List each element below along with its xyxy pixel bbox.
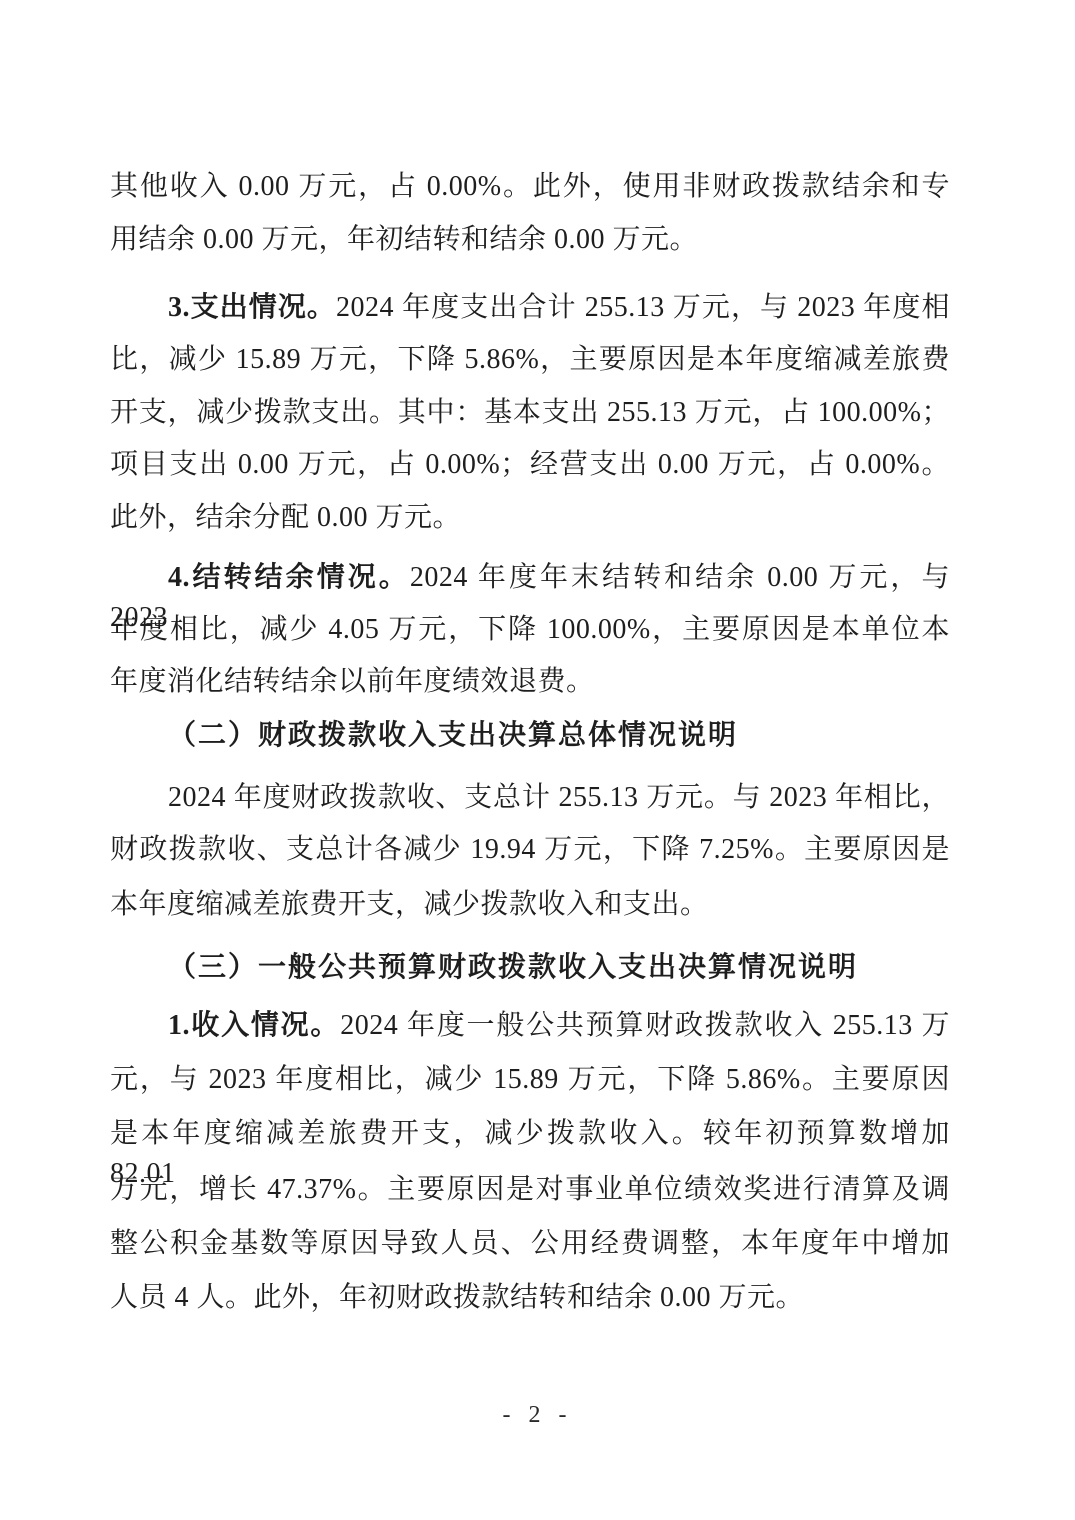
body-line: 项目支出 0.00 万元，占 0.00%；经营支出 0.00 万元，占 0.00… [110, 445, 950, 485]
paragraph-lead: 1.收入情况。 [168, 1010, 340, 1041]
body-line: 比，减少 15.89 万元，下降 5.86%，主要原因是本年度缩减差旅费 [110, 340, 950, 380]
body-line: 其他收入 0.00 万元，占 0.00%。此外，使用非财政拨款结余和专 [110, 167, 950, 207]
page-number: - 2 - [0, 1402, 1075, 1428]
body-line: 元，与 2023 年度相比，减少 15.89 万元，下降 5.86%。主要原因 [110, 1060, 950, 1100]
body-line: 开支，减少拨款支出。其中：基本支出 255.13 万元，占 100.00%； [110, 393, 950, 433]
section-heading-2: （二）财政拨款收入支出决算总体情况说明 [110, 716, 950, 756]
body-line: 此外，结余分配 0.00 万元。 [110, 498, 950, 538]
body-line: 3.支出情况。2024 年度支出合计 255.13 万元，与 2023 年度相 [110, 288, 950, 328]
paragraph-lead: 4.结转结余情况。 [168, 562, 410, 593]
section-heading-3: （三）一般公共预算财政拨款收入支出决算情况说明 [110, 948, 950, 988]
body-line: 本年度缩减差旅费开支，减少拨款收入和支出。 [110, 885, 950, 925]
paragraph-lead: 3.支出情况。 [168, 292, 336, 323]
body-line: 年度相比，减少 4.05 万元，下降 100.00%，主要原因是本单位本 [110, 610, 950, 650]
body-line: 年度消化结转结余以前年度绩效退费。 [110, 662, 950, 702]
document-page: 其他收入 0.00 万元，占 0.00%。此外，使用非财政拨款结余和专 用结余 … [0, 0, 1075, 1520]
body-line: 用结余 0.00 万元，年初结转和结余 0.00 万元。 [110, 220, 950, 260]
body-line: 2024 年度财政拨款收、支总计 255.13 万元。与 2023 年相比， [110, 778, 950, 818]
body-line: 1.收入情况。2024 年度一般公共预算财政拨款收入 255.13 万 [110, 1006, 950, 1046]
body-line: 万元，增长 47.37%。主要原因是对事业单位绩效奖进行清算及调 [110, 1170, 950, 1210]
body-line: 整公积金基数等原因导致人员、公用经费调整，本年度年中增加 [110, 1224, 950, 1264]
body-line: 财政拨款收、支总计各减少 19.94 万元，下降 7.25%。主要原因是 [110, 830, 950, 870]
body-line: 人员 4 人。此外，年初财政拨款结转和结余 0.00 万元。 [110, 1278, 950, 1318]
